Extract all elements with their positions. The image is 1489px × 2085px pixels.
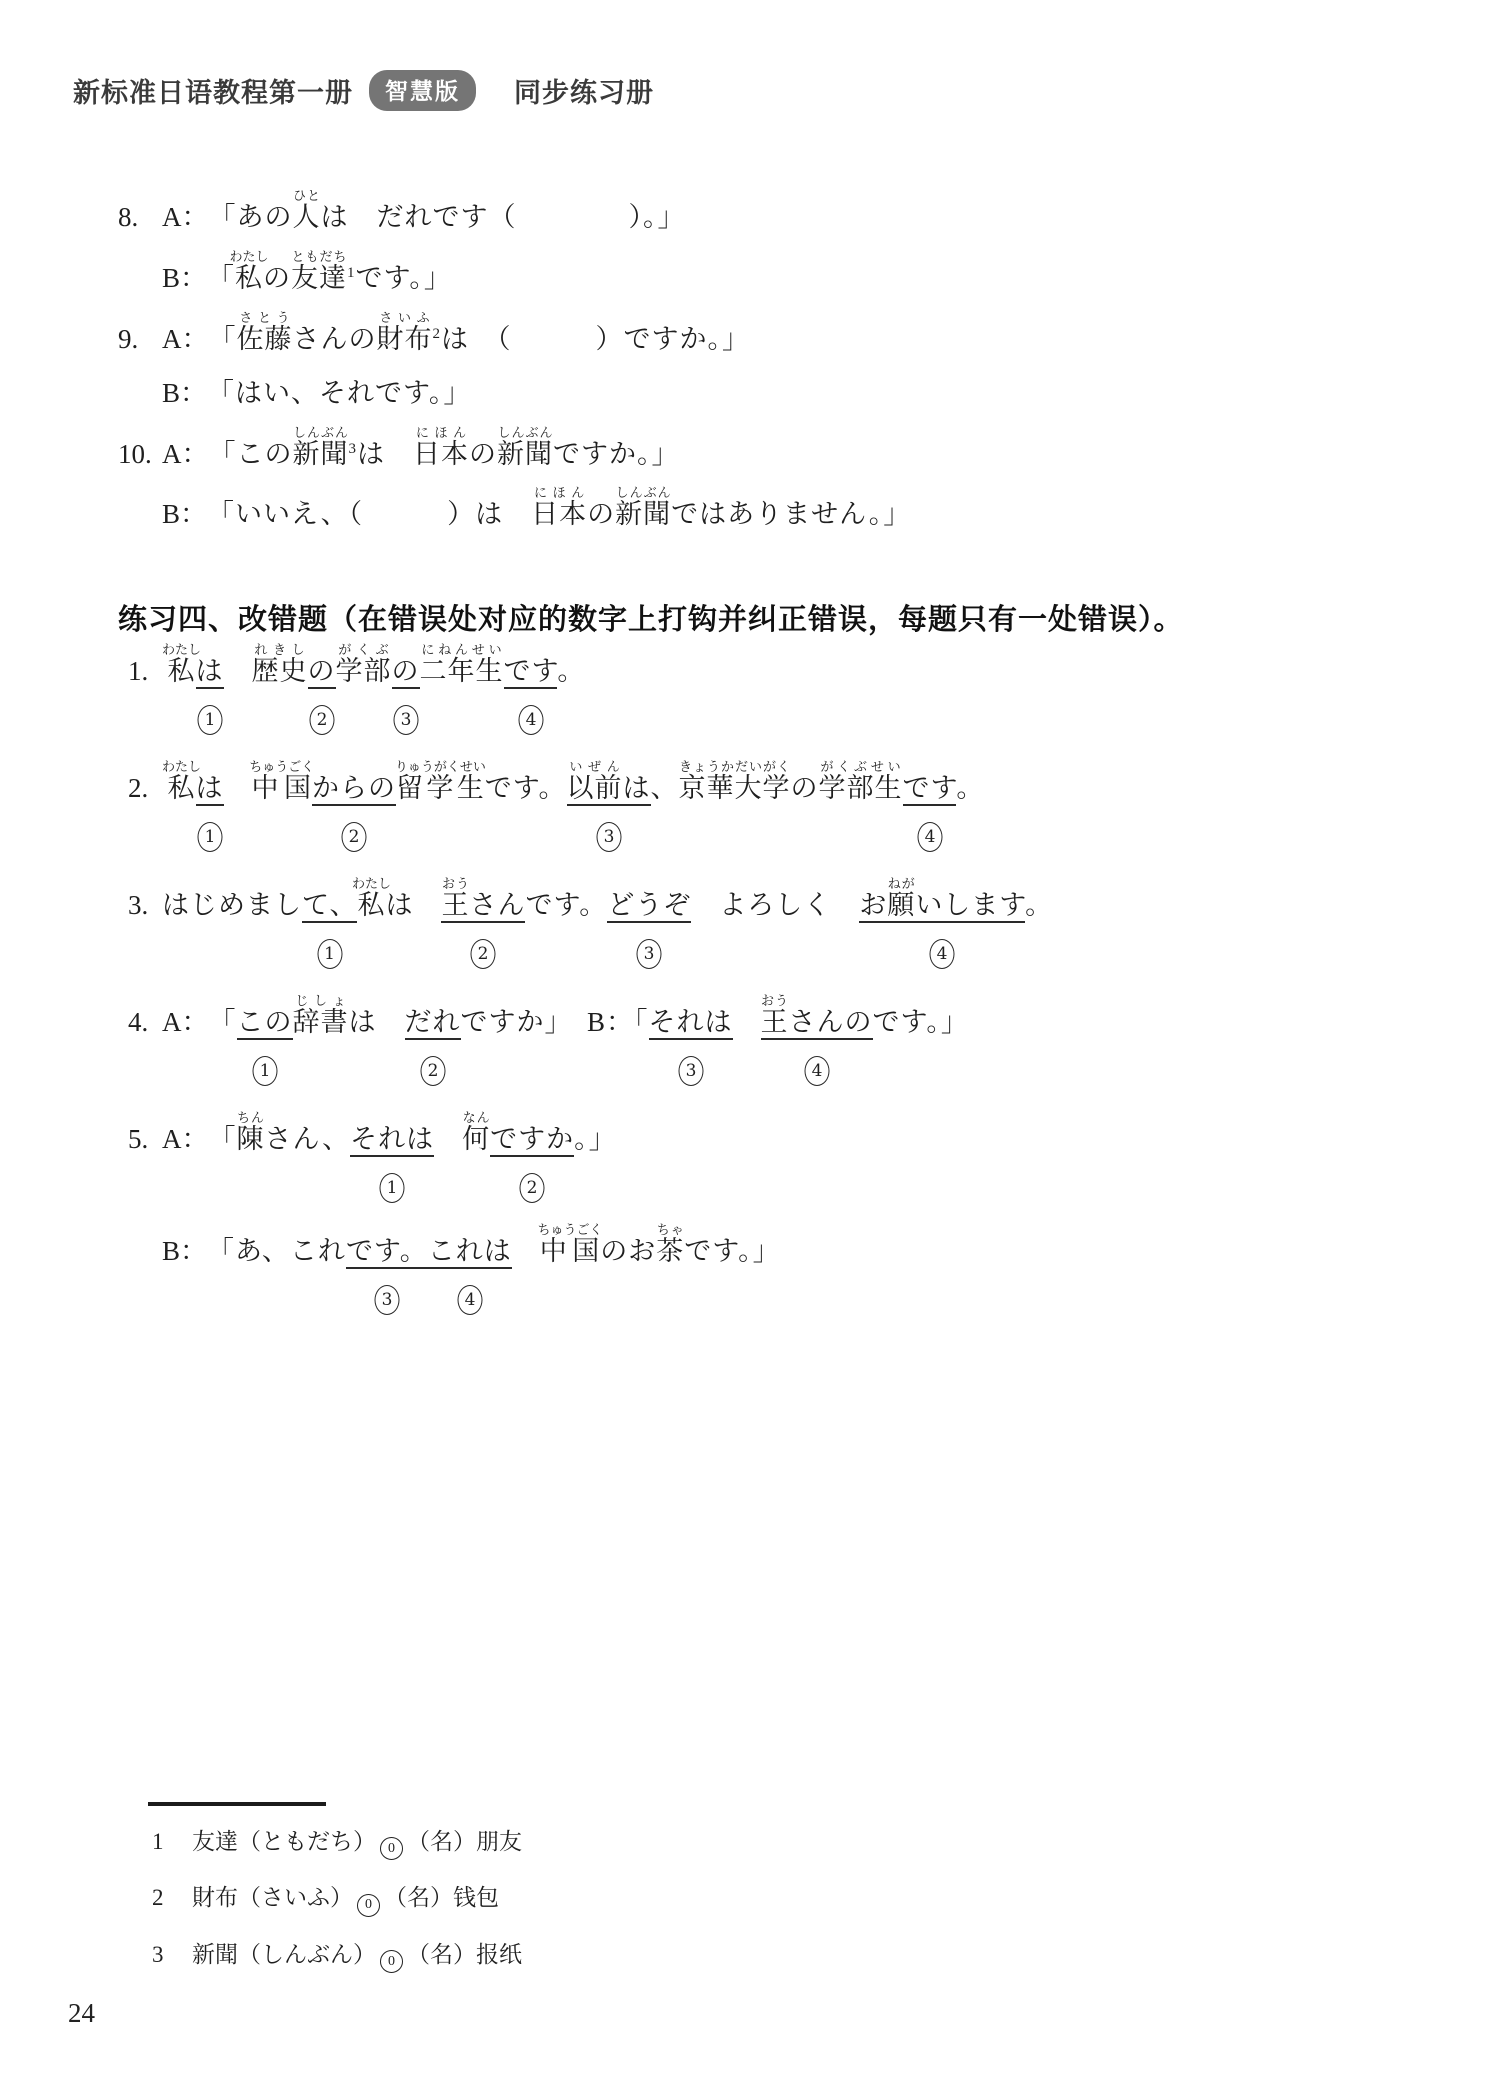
text-segment: 「この <box>209 439 293 469</box>
error-choice-circle: 2 <box>310 705 335 735</box>
speaker-label: A： <box>162 1117 209 1156</box>
ruby-text: 歴史れきし <box>252 656 308 686</box>
text-segment: いします <box>915 890 1025 923</box>
ruby-text: 願ねが <box>887 890 915 923</box>
text-segment: どうぞ <box>607 890 691 923</box>
speaker-label: B： <box>162 371 207 410</box>
ruby-text: 友達ともだち <box>291 263 347 293</box>
text-segment: それは <box>649 1007 733 1040</box>
text-segment: の <box>392 656 420 689</box>
text-segment: 「 <box>209 324 237 354</box>
footnote-text: 財布（さいふ）0（名）钱包 <box>192 1882 499 1916</box>
fill-in-question-list: 8.A：「あの人ひとは だれです（ ）。」B：「私わたしの友達ともだち1です。」… <box>118 188 1418 546</box>
footnote-ref: 2 <box>433 326 442 342</box>
text-segment: は <box>196 656 224 689</box>
ruby-text: 日本にほん <box>413 439 469 469</box>
ruby-text: 辞書じしょ <box>293 1007 349 1037</box>
text-segment: 「いいえ、（ ）は <box>207 499 531 529</box>
text-segment: （名）报纸 <box>407 1942 522 1967</box>
footnote-ref: 3 <box>349 441 358 457</box>
text-segment: 。」 <box>574 1124 617 1154</box>
exercise-item: 2.私わたしは 中国ちゅうごくからの留学生りゅうがくせいです。以前いぜんは、京華… <box>128 759 1448 870</box>
text-segment: です <box>504 656 558 689</box>
text-segment: は （ ）ですか。」 <box>441 324 750 354</box>
text-segment: の <box>587 499 615 529</box>
text-segment: これは <box>428 1236 512 1269</box>
line-number: 4. <box>128 1007 162 1038</box>
error-choice-circle: 3 <box>597 822 622 852</box>
text-segment: です。」 <box>684 1236 780 1266</box>
text-segment: 。 <box>1025 890 1053 920</box>
footnote-divider <box>148 1802 326 1806</box>
text-segment: よろしく <box>691 890 859 920</box>
footnote: 2財布（さいふ）0（名）钱包 <box>152 1882 522 1916</box>
text-segment: 、 <box>651 773 679 803</box>
question-block: 10.A：「この新聞しんぶん3は 日本にほんの新聞しんぶんですか。」B：「いいえ… <box>118 425 1418 539</box>
error-choice-circle: 3 <box>394 705 419 735</box>
japanese-text: 「いいえ、（ ）は 日本にほんの新聞しんぶんではありません。」 <box>207 485 911 538</box>
ruby-text: 人ひと <box>293 202 321 232</box>
text-segment: この <box>237 1007 293 1040</box>
ruby-text: 以前いぜん <box>567 773 623 806</box>
footnote-number: 2 <box>152 1882 192 1914</box>
error-choice-circle: 3 <box>637 939 662 969</box>
japanese-text: 「あの人ひとは だれです（ ）。」 <box>209 188 686 241</box>
text-segment: ですか <box>490 1124 574 1157</box>
error-choice-circle: 4 <box>458 1285 483 1315</box>
ruby-text: 学部がくぶ <box>336 656 392 686</box>
japanese-text: 「この辞書じしょは だれですか」 B：「それは 王おうさんのです。」 <box>209 993 969 1046</box>
japanese-text: はじめまして、私わたしは 王おうさんです。どうぞ よろしく お願ねがいします。 <box>162 876 1053 929</box>
error-choice-circle: 1 <box>253 1056 278 1086</box>
text-segment: です <box>903 773 957 806</box>
text-segment: の <box>469 439 497 469</box>
speaker-label: B： <box>162 492 207 531</box>
text-segment: は だれです（ ）。」 <box>321 202 686 232</box>
text-segment: お <box>859 890 887 923</box>
text-segment: （名）朋友 <box>407 1829 522 1854</box>
ruby-text: 新聞しんぶん <box>293 439 349 469</box>
ruby-text: 佐藤さとう <box>237 324 293 354</box>
ruby-text: 私わたし <box>162 773 196 803</box>
text-segment: 「はい、それです。」 <box>207 378 471 408</box>
ruby-text: 京華大学きょうかだいがく <box>679 773 791 803</box>
question-line: B：「私わたしの友達ともだち1です。」 <box>118 249 1418 302</box>
ruby-text: 中国ちゅうごく <box>540 1236 601 1266</box>
ruby-text: 留学生りゅうがくせい <box>396 773 485 803</box>
text-segment: 「あの <box>209 202 293 232</box>
error-choice-circle: 4 <box>805 1056 830 1086</box>
footnote-number: 1 <box>152 1826 192 1858</box>
footnote-list: 1友達（ともだち）0（名）朋友2財布（さいふ）0（名）钱包3新聞（しんぶん）0（… <box>152 1826 522 1995</box>
ruby-text: 私わたし <box>357 890 385 920</box>
line-number: 8. <box>118 202 162 233</box>
text-segment: はじめまし <box>162 890 302 920</box>
text-segment <box>512 1236 540 1266</box>
exercise-item: 3.はじめまして、私わたしは 王おうさんです。どうぞ よろしく お願ねがいします… <box>128 876 1448 987</box>
error-choice-circle: 1 <box>198 822 223 852</box>
error-choice-circle: 4 <box>930 939 955 969</box>
text-segment: 「あ、これ <box>207 1236 346 1266</box>
text-segment: さんの <box>293 324 377 354</box>
line-number: 5. <box>128 1124 162 1155</box>
line-number: 10. <box>118 439 162 470</box>
japanese-text: 「この新聞しんぶん3は 日本にほんの新聞しんぶんですか。」 <box>209 425 680 478</box>
speaker-label: A： <box>162 317 209 356</box>
question-block: 9.A：「佐藤さとうさんの財布さいふ2は （ ）ですか。」B：「はい、それです。… <box>118 310 1418 417</box>
error-choice-circle: 2 <box>471 939 496 969</box>
ruby-text: 二年生にねんせい <box>420 656 504 686</box>
exercise-item: 5.A：「陳ちんさん、それは 何なんですか。」12B：「あ、これです。これは 中… <box>128 1110 1448 1334</box>
exercise-line: 2.私わたしは 中国ちゅうごくからの留学生りゅうがくせいです。以前いぜんは、京華… <box>128 759 1448 870</box>
text-segment: さん <box>469 890 525 923</box>
line-number: 1. <box>128 656 162 687</box>
error-choice-circle: 2 <box>520 1173 545 1203</box>
text-segment: の <box>263 263 291 293</box>
exercise-line: 1.私わたしは 歴史れきしの学部がくぶの二年生にねんせいです。1234 <box>128 642 1448 753</box>
japanese-text: 私わたしは 歴史れきしの学部がくぶの二年生にねんせいです。 <box>162 642 585 695</box>
text-segment <box>224 773 252 803</box>
text-segment: 。 <box>956 773 984 803</box>
text-segment: の <box>308 656 336 689</box>
workbook-title: 同步练习册 <box>514 71 654 110</box>
error-choice-circle: 3 <box>679 1056 704 1086</box>
speaker-label: B： <box>162 1229 207 1268</box>
footnote-text: 新聞（しんぶん）0（名）报纸 <box>192 1939 522 1973</box>
pitch-accent-circle: 0 <box>380 1950 403 1973</box>
speaker-label: A： <box>162 1000 209 1039</box>
speaker-label: B： <box>162 256 207 295</box>
text-segment: 友達（ともだち） <box>192 1829 376 1854</box>
error-choice-circle: 4 <box>918 822 943 852</box>
error-correction-items: 1.私わたしは 歴史れきしの学部がくぶの二年生にねんせいです。12342.私わた… <box>128 642 1448 1339</box>
page-number: 24 <box>68 1998 95 2029</box>
text-segment: は <box>196 773 224 806</box>
text-segment: です。 <box>346 1236 428 1269</box>
pitch-accent-circle: 0 <box>380 1837 403 1860</box>
text-segment: 「 <box>209 1124 237 1154</box>
footnote-ref: 1 <box>347 265 356 281</box>
text-segment <box>733 1007 761 1037</box>
book-title: 新标准日语教程第一册 <box>73 71 353 110</box>
line-number: 3. <box>128 890 162 921</box>
error-choice-circle: 1 <box>380 1173 405 1203</box>
footnote: 1友達（ともだち）0（名）朋友 <box>152 1826 522 1860</box>
question-line: 10.A：「この新聞しんぶん3は 日本にほんの新聞しんぶんですか。」 <box>118 425 1418 478</box>
text-segment: は <box>349 1007 405 1037</box>
exercise-line: 3.はじめまして、私わたしは 王おうさんです。どうぞ よろしく お願ねがいします… <box>128 876 1448 987</box>
question-block: 8.A：「あの人ひとは だれです（ ）。」B：「私わたしの友達ともだち1です。」 <box>118 188 1418 302</box>
page-header: 新标准日语教程第一册 智慧版 同步练习册 <box>73 70 654 111</box>
speaker-label: A： <box>162 195 209 234</box>
error-choice-circle: 1 <box>317 939 342 969</box>
pitch-accent-circle: 0 <box>357 1894 380 1917</box>
text-segment: です。」 <box>873 1007 969 1037</box>
exercise-item: 4.A：「この辞書じしょは だれですか」 B：「それは 王おうさんのです。」12… <box>128 993 1448 1104</box>
text-segment: （名）钱包 <box>384 1885 499 1910</box>
text-segment: からの <box>312 773 396 806</box>
ruby-text: 王おう <box>441 890 469 923</box>
text-segment: です。」 <box>356 263 452 293</box>
japanese-text: 私わたしは 中国ちゅうごくからの留学生りゅうがくせいです。以前いぜんは、京華大学… <box>162 759 984 812</box>
text-segment: ですか」 B：「 <box>461 1007 649 1037</box>
speaker-label: A： <box>162 432 209 471</box>
ruby-text: 学部生がくぶせい <box>819 773 903 803</box>
question-line: 9.A：「佐藤さとうさんの財布さいふ2は （ ）ですか。」 <box>118 310 1418 363</box>
error-choice-circle: 2 <box>342 822 367 852</box>
text-segment: は <box>385 890 441 920</box>
ruby-text: 新聞しんぶん <box>497 439 553 469</box>
ruby-text: 私わたし <box>235 263 263 293</box>
exercise-line: B：「あ、これです。これは 中国ちゅうごくのお茶ちゃです。」34 <box>128 1222 1448 1333</box>
ruby-text: 王おう <box>761 1007 789 1040</box>
text-segment: です。 <box>485 773 567 803</box>
ruby-text: 日本にほん <box>531 499 587 529</box>
workbook-page: 新标准日语教程第一册 智慧版 同步练习册 8.A：「あの人ひとは だれです（ ）… <box>0 0 1489 2085</box>
text-segment: それは <box>350 1124 434 1157</box>
ruby-text: 財布さいふ <box>377 324 433 354</box>
ruby-text: 何なん <box>462 1124 490 1154</box>
exercise-line: 4.A：「この辞書じしょは だれですか」 B：「それは 王おうさんのです。」12… <box>128 993 1448 1104</box>
question-line: B：「いいえ、（ ）は 日本にほんの新聞しんぶんではありません。」 <box>118 485 1418 538</box>
ruby-text: 中国ちゅうごく <box>252 773 313 803</box>
footnote: 3新聞（しんぶん）0（名）报纸 <box>152 1939 522 1973</box>
japanese-text: 「私わたしの友達ともだち1です。」 <box>207 249 452 302</box>
ruby-text: 私わたし <box>162 656 196 686</box>
error-choice-circle: 3 <box>375 1285 400 1315</box>
japanese-text: 「はい、それです。」 <box>207 371 471 417</box>
text-segment <box>224 656 252 686</box>
ruby-text: 新聞しんぶん <box>615 499 671 529</box>
japanese-text: 「陳ちんさん、それは 何なんですか。」 <box>209 1110 617 1163</box>
text-segment: は <box>623 773 651 806</box>
japanese-text: 「佐藤さとうさんの財布さいふ2は （ ）ですか。」 <box>209 310 751 363</box>
exercise-line: 5.A：「陳ちんさん、それは 何なんですか。」12 <box>128 1110 1448 1221</box>
japanese-text: 「あ、これです。これは 中国ちゅうごくのお茶ちゃです。」 <box>207 1222 781 1275</box>
text-segment: ではありません。」 <box>671 499 911 529</box>
text-segment: ですか。」 <box>553 439 680 469</box>
ruby-text: 茶ちゃ <box>656 1236 684 1266</box>
text-segment: だれ <box>405 1007 461 1040</box>
text-segment: のお <box>600 1236 656 1266</box>
edition-badge: 智慧版 <box>369 70 476 111</box>
footnote-number: 3 <box>152 1939 192 1971</box>
text-segment: 財布（さいふ） <box>192 1885 353 1910</box>
error-choice-circle: 4 <box>519 705 544 735</box>
text-segment: は <box>357 439 413 469</box>
text-segment: の <box>791 773 819 803</box>
text-segment: です。 <box>525 890 607 920</box>
error-choice-circle: 1 <box>198 705 223 735</box>
error-choice-circle: 2 <box>421 1056 446 1086</box>
ruby-text: 陳ちん <box>237 1124 265 1154</box>
text-segment: 「 <box>209 1007 237 1037</box>
text-segment <box>434 1124 462 1154</box>
footnote-text: 友達（ともだち）0（名）朋友 <box>192 1826 522 1860</box>
line-number: 2. <box>128 773 162 804</box>
line-number: 9. <box>118 324 162 355</box>
text-segment: て、 <box>302 890 357 923</box>
question-line: B：「はい、それです。」 <box>118 371 1418 417</box>
exercise-four-heading: 练习四、改错题（在错误处对应的数字上打钩并纠正错误，每题只有一处错误）。 <box>118 597 1184 638</box>
text-segment: さん、 <box>265 1124 351 1154</box>
exercise-item: 1.私わたしは 歴史れきしの学部がくぶの二年生にねんせいです。1234 <box>128 642 1448 753</box>
question-line: 8.A：「あの人ひとは だれです（ ）。」 <box>118 188 1418 241</box>
text-segment: さんの <box>789 1007 873 1040</box>
text-segment: 。 <box>557 656 585 686</box>
text-segment: 新聞（しんぶん） <box>192 1942 376 1967</box>
